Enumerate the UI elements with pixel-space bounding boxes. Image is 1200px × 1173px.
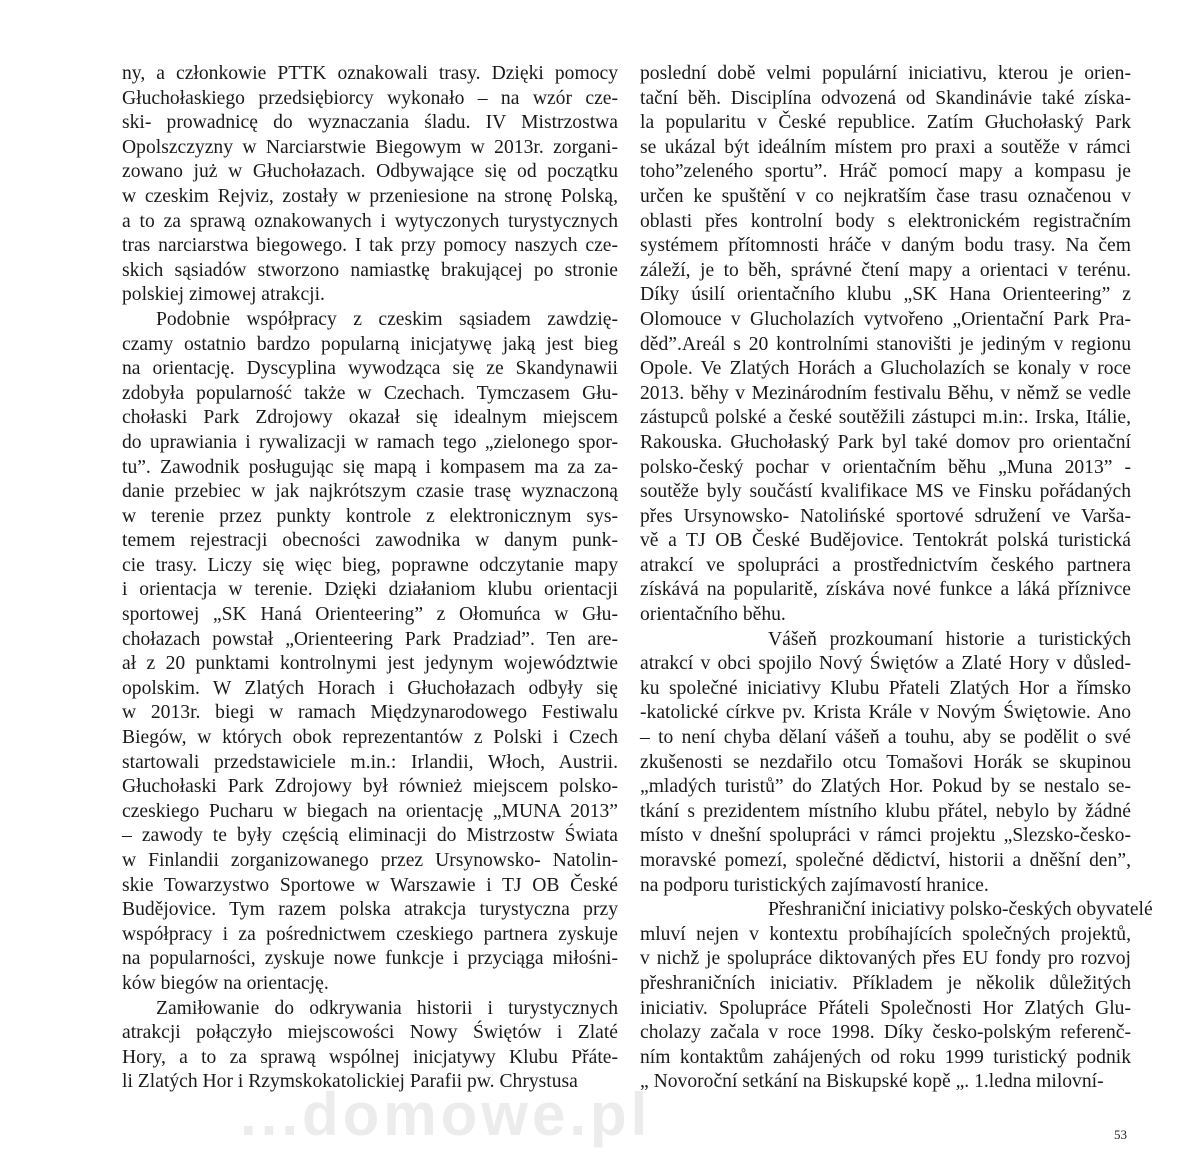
- text-line: cie trasy. Liczy się więc bieg, poprawne…: [122, 554, 618, 579]
- text-line: určen ke spuštění v co nejkratším čase t…: [640, 185, 1131, 210]
- text-line: – zawody te były częścią eliminacji do M…: [122, 824, 618, 849]
- text-line: ski- prowadnicę do wyznaczania śladu. IV…: [122, 111, 618, 136]
- text-line: Głuchołaski Park Zdrojowy był również mi…: [122, 775, 618, 800]
- text-line: Hory, a to za sprawą wspólnej inicjatywy…: [122, 1046, 618, 1071]
- paragraph: Vášeň prozkoumaní historie a turistickýc…: [640, 628, 1131, 899]
- text-line: Biegów, w których obok reprezentantów z …: [122, 726, 618, 751]
- text-line: přes Ursynowsko- Natolińské sportové sdr…: [640, 505, 1131, 530]
- text-line: ním kontaktům zahájených od roku 1999 tu…: [640, 1046, 1131, 1071]
- text-line: polsko-český pochar v orientačním běhu „…: [640, 456, 1131, 481]
- text-line: czamy ostatnio bardzo popularną inicjaty…: [122, 333, 618, 358]
- text-line: skie Towarzystwo Sportowe w Warszawie i …: [122, 874, 618, 899]
- text-line: współpracy i za pośrednictwem czeskiego …: [122, 923, 618, 948]
- text-line: – to není chyba dělaní vášeň a touhu, ab…: [640, 726, 1131, 751]
- text-line: w czeskim Rejviz, zostały w przeniesione…: [122, 185, 618, 210]
- text-line: skich sąsiadów stworzono namiastkę braku…: [122, 259, 618, 284]
- text-line: na popularności, zyskuje nowe funkcje i …: [122, 947, 618, 972]
- left-text-column: ny, a członkowie PTTK oznakowali trasy. …: [122, 62, 618, 1095]
- text-line: záleží, je to běh, správné čtení mapy a …: [640, 259, 1131, 284]
- text-line: Přeshraniční iniciativy polsko-českých o…: [640, 898, 1131, 923]
- text-line: atrakcí ve spolupráci a prostřednictvím …: [640, 554, 1131, 579]
- text-line: vě a TJ OB České Budějovice. Tentokrát p…: [640, 529, 1131, 554]
- text-line: a to za sprawą oznakowanych i wytyczonyc…: [122, 210, 618, 235]
- text-line: -katolické církve pv. Krista Krále v Nov…: [640, 701, 1131, 726]
- text-line: orientačního běhu.: [640, 603, 1131, 628]
- text-line: na podporu turistických zajímavostí hran…: [640, 874, 1131, 899]
- text-line: tu”. Zawodnik posługując się mapą i komp…: [122, 456, 618, 481]
- text-line: w terenie przez punkty kontrole z elektr…: [122, 505, 618, 530]
- text-line: atrakcí v obci spojilo Nový Świętów a Zl…: [640, 652, 1131, 677]
- text-line: sportowej „SK Haná Orienteering” z Ołomu…: [122, 603, 618, 628]
- text-line: tras narciarstwa biegowego. I tak przy p…: [122, 234, 618, 259]
- text-line: temem rejestracji obecności zawodnika w …: [122, 529, 618, 554]
- text-line: na orientację. Dyscyplina wywodząca się …: [122, 357, 618, 382]
- text-line: atrakcji połączyło miejscowości Nowy Świ…: [122, 1021, 618, 1046]
- text-line: zowano już w Głuchołazach. Odbywające si…: [122, 160, 618, 185]
- text-line: Podobnie współpracy z czeskim sąsiadem z…: [122, 308, 618, 333]
- text-line: Olomouce v Glucholazích vytvořeno „Orien…: [640, 308, 1131, 333]
- paragraph: Zamiłowanie do odkrywania historii i tur…: [122, 997, 618, 1095]
- text-line: cholazy začala v roce 1998. Díky česko-p…: [640, 1021, 1131, 1046]
- text-line: toho”zeleného sportu”. Hráč pomocí mapy …: [640, 160, 1131, 185]
- text-line: tační běh. Disciplína odvozená od Skandi…: [640, 87, 1131, 112]
- paragraph: poslední době velmi populární iniciativu…: [640, 62, 1131, 628]
- text-line: czeskiego Pucharu w biegach na orientacj…: [122, 800, 618, 825]
- text-line: Rakouska. Głuchołaský Park byl také domo…: [640, 431, 1131, 456]
- text-line: iniciativ. Spolupráce Přáteli Společnost…: [640, 997, 1131, 1022]
- text-line: chołaski Park Zdrojowy okazał się idealn…: [122, 406, 618, 431]
- text-line: chołazach powstał „Orienteering Park Pra…: [122, 628, 618, 653]
- text-line: místo v dnešní spolupráci v rámci projek…: [640, 824, 1131, 849]
- text-line: v nichž je spolupráce diktovaných přes E…: [640, 947, 1131, 972]
- text-line: získává na popularitě, získáva nové funk…: [640, 578, 1131, 603]
- text-line: mluví nejen v kontextu probíhajících spo…: [640, 923, 1131, 948]
- text-line: tkání s prezidentem místního klubu přáte…: [640, 800, 1131, 825]
- text-line: ny, a członkowie PTTK oznakowali trasy. …: [122, 62, 618, 87]
- page-number: 53: [1114, 1127, 1127, 1143]
- text-line: zástupců polské a české soutěžili zástup…: [640, 406, 1131, 431]
- text-line: soutěže byly součástí kvalifikace MS ve …: [640, 480, 1131, 505]
- text-line: polskiej zimowej atrakcji.: [122, 283, 618, 308]
- text-line: ków biegów na orientację.: [122, 972, 618, 997]
- text-line: systémem přítomnosti hráče v daným bodu …: [640, 234, 1131, 259]
- text-line: přeshraničních iniciativ. Příkladem je n…: [640, 972, 1131, 997]
- text-line: poslední době velmi populární iniciativu…: [640, 62, 1131, 87]
- right-text-column: poslední době velmi populární iniciativu…: [640, 62, 1131, 1095]
- text-line: startowali przedstawiciele m.in.: Irland…: [122, 751, 618, 776]
- text-line: ku společné iniciativy Klubu Přateli Zla…: [640, 677, 1131, 702]
- text-line: Vášeň prozkoumaní historie a turistickýc…: [640, 628, 1131, 653]
- text-line: zkušenosti se nezdařilo otcu Tomašovi Ho…: [640, 751, 1131, 776]
- text-line: Budějovice. Tym razem polska atrakcja tu…: [122, 898, 618, 923]
- text-line: w Finlandii zorganizowanego przez Ursyno…: [122, 849, 618, 874]
- document-page: ny, a członkowie PTTK oznakowali trasy. …: [0, 0, 1200, 1173]
- paragraph: ny, a członkowie PTTK oznakowali trasy. …: [122, 62, 618, 308]
- text-line: Opolszczyzny w Narciarstwie Biegowym w 2…: [122, 136, 618, 161]
- text-line: li Zlatých Hor i Rzymskokatolickiej Para…: [122, 1070, 618, 1095]
- text-line: 2013. běhy v Mezinárodním festivalu Běhu…: [640, 382, 1131, 407]
- text-line: oblasti přes kontrolní body s elektronic…: [640, 210, 1131, 235]
- text-line: Głuchołaskiego przedsiębiorcy wykonało –…: [122, 87, 618, 112]
- text-line: Zamiłowanie do odkrywania historii i tur…: [122, 997, 618, 1022]
- text-line: i orientacja w terenie. Dzięki działanio…: [122, 578, 618, 603]
- text-line: danie przebiec w jak najkrótszym czasie …: [122, 480, 618, 505]
- paragraph: Přeshraniční iniciativy polsko-českých o…: [640, 898, 1131, 1095]
- text-line: la popularitu v České republice. Zatím G…: [640, 111, 1131, 136]
- text-line: zdobyła popularność także w Czechach. Ty…: [122, 382, 618, 407]
- text-line: do uprawiania i rywalizacji w ramach teg…: [122, 431, 618, 456]
- text-line: „mladých turistů” do Zlatých Hor. Pokud …: [640, 775, 1131, 800]
- text-line: děd”.Areál s 20 kontrolními stanovišti j…: [640, 333, 1131, 358]
- text-line: Opole. Ve Zlatých Horách a Glucholazích …: [640, 357, 1131, 382]
- text-line: opolskim. W Zlatých Horach i Głuchołazac…: [122, 677, 618, 702]
- text-line: w 2013r. biegi w ramach Międzynarodowego…: [122, 701, 618, 726]
- text-line: „ Novoroční setkání na Biskupské kopě „.…: [640, 1070, 1131, 1095]
- text-line: se ukázal být ideálním místem pro praxi …: [640, 136, 1131, 161]
- text-line: moravské pomezí, společné dědictví, hist…: [640, 849, 1131, 874]
- paragraph: Podobnie współpracy z czeskim sąsiadem z…: [122, 308, 618, 997]
- text-line: ał z 20 punktami kontrolnymi jest jedyny…: [122, 652, 618, 677]
- text-line: Díky úsilí orientačního klubu „SK Hana O…: [640, 283, 1131, 308]
